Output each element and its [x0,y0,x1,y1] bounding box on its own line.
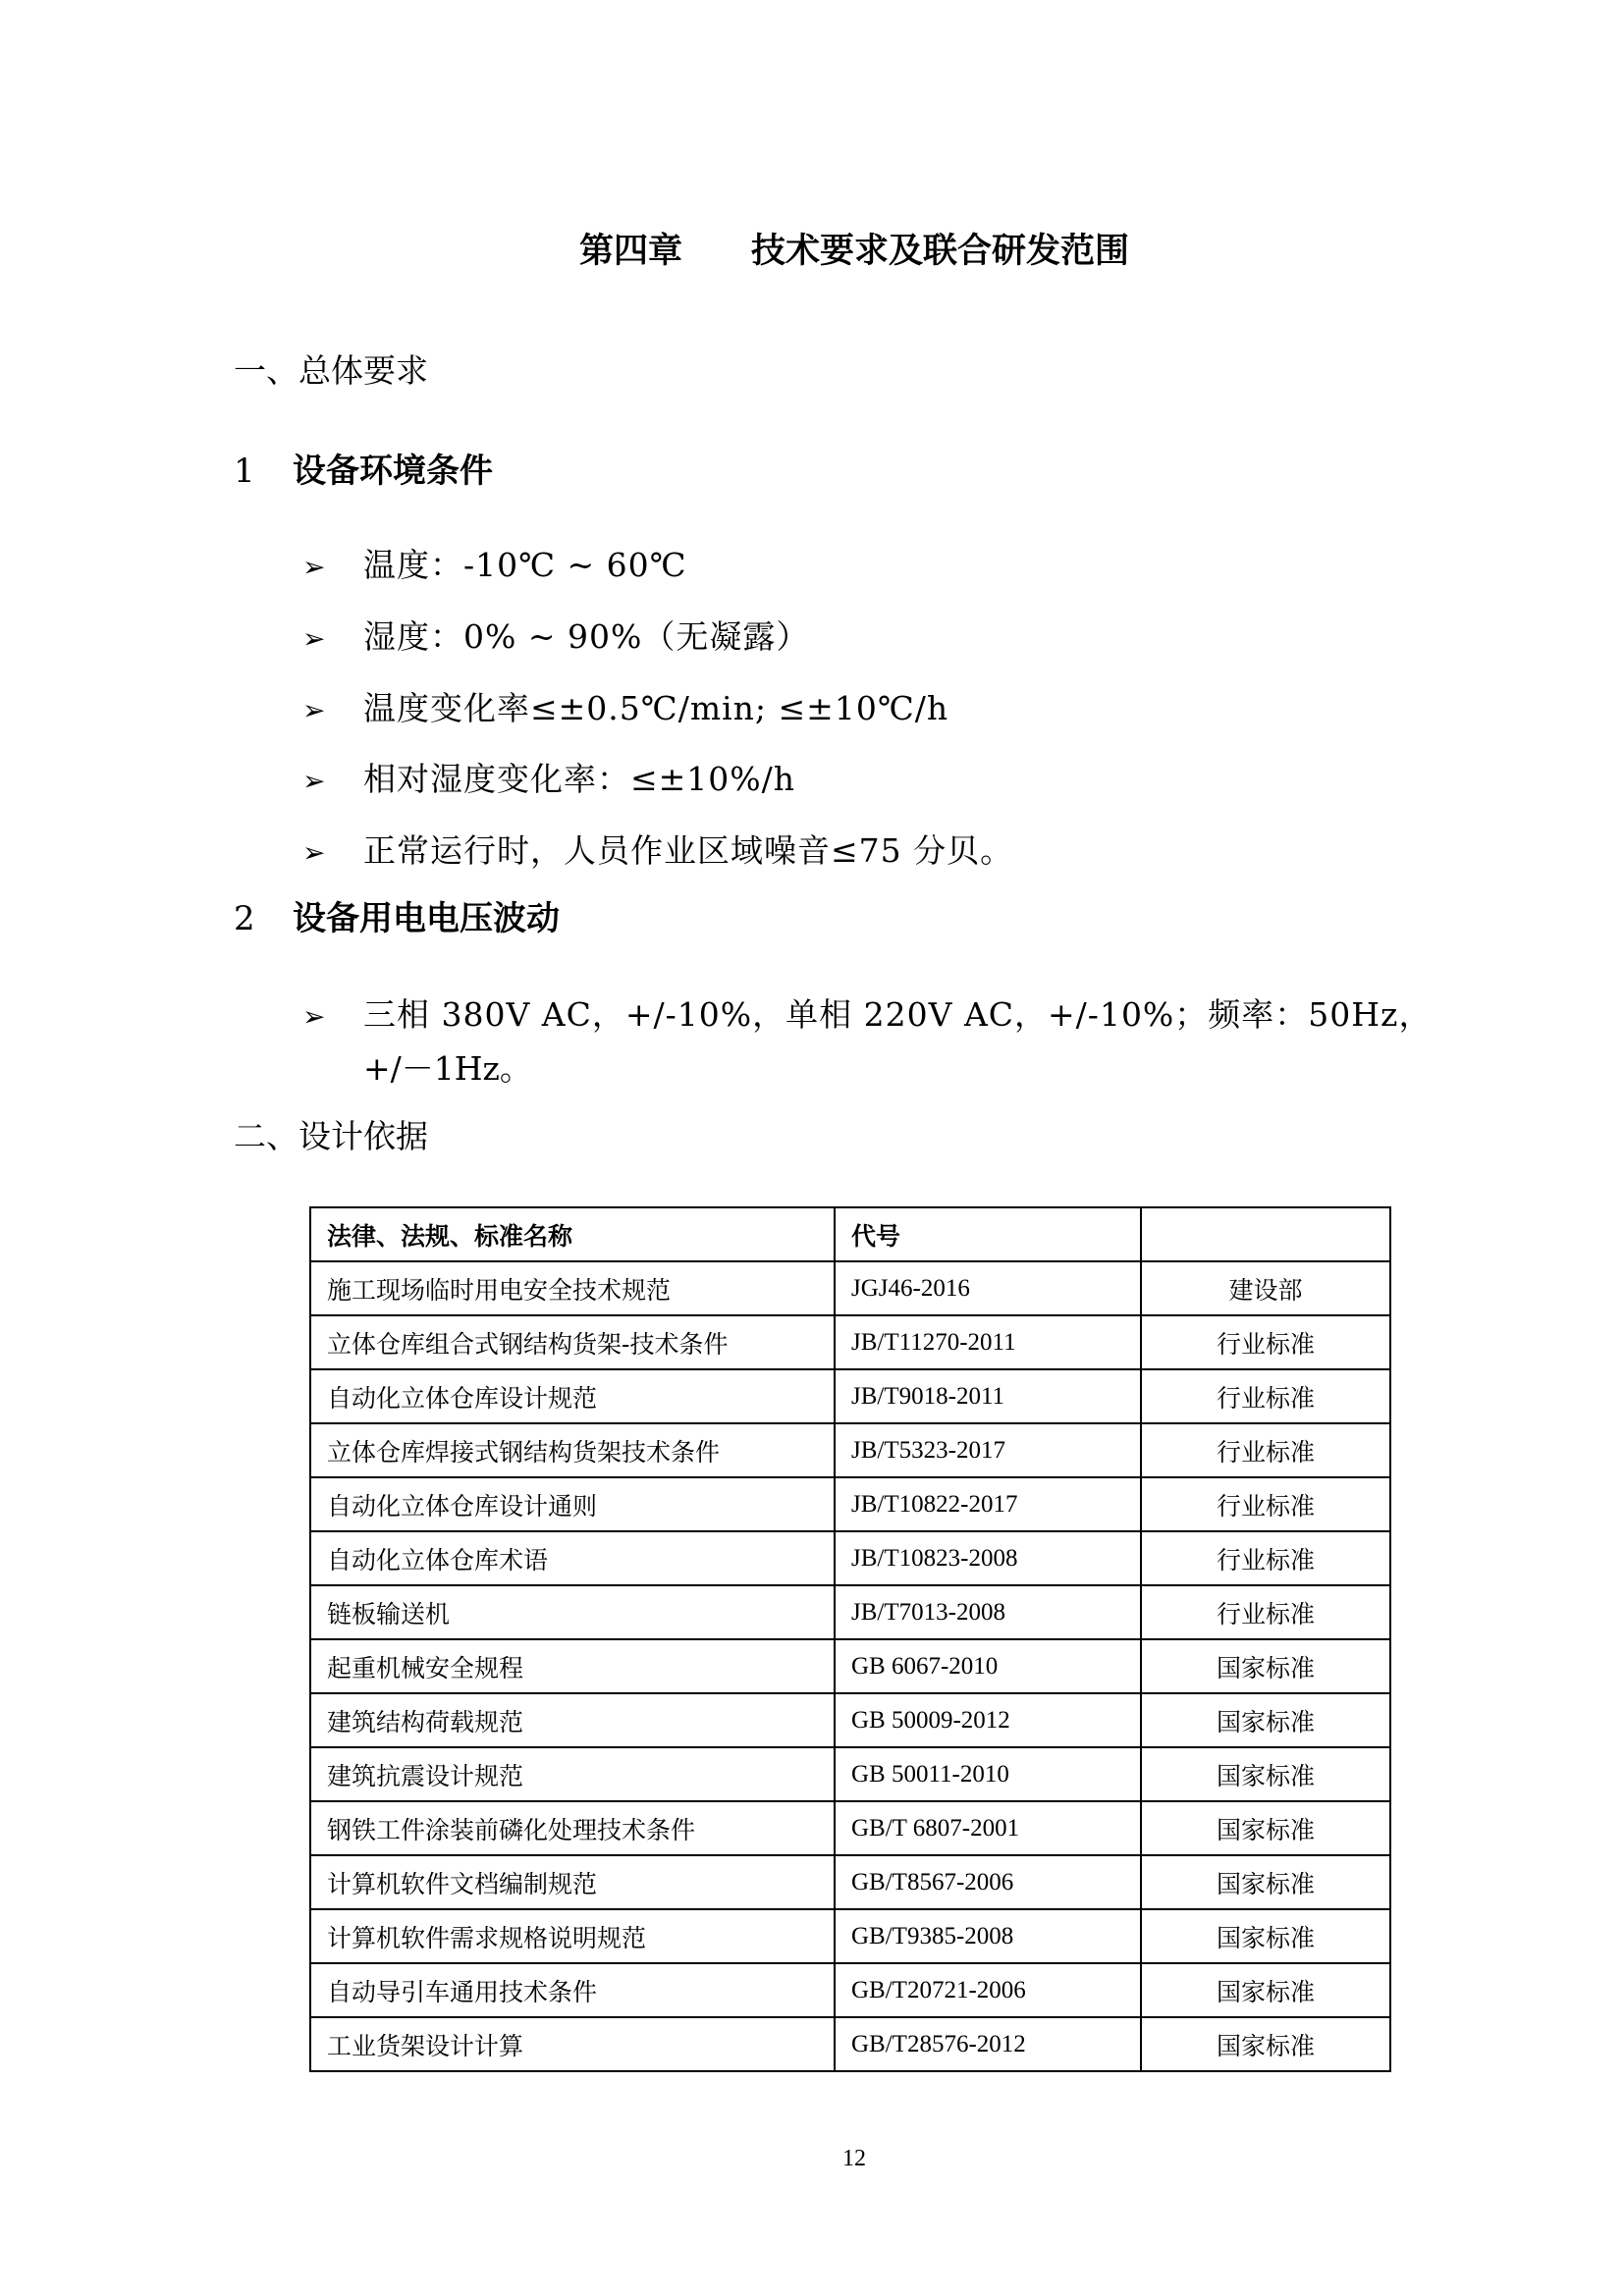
cell-name: 链板输送机 [310,1585,835,1639]
cell-code: GB/T20721-2006 [835,1963,1141,2017]
cell-code: JGJ46-2016 [835,1261,1141,1315]
table-row: 工业货架设计计算GB/T28576-2012国家标准 [310,2017,1390,2071]
cell-category: 行业标准 [1141,1585,1390,1639]
env-item: ➢温度：-10℃ ~ 60℃ [302,540,687,586]
table-row: 建筑抗震设计规范GB 50011-2010国家标准 [310,1747,1390,1801]
cell-name: 起重机械安全规程 [310,1639,835,1693]
cell-category: 行业标准 [1141,1423,1390,1477]
power-item: ➢三相 380V AC，+/-10%，单相 220V AC，+/-10%；频率：… [302,989,1432,1036]
cell-category: 行业标准 [1141,1477,1390,1531]
env-item: ➢湿度：0% ~ 90%（无凝露） [302,612,809,658]
cell-category: 国家标准 [1141,1747,1390,1801]
subheading-label: 设备环境条件 [293,452,493,491]
cell-name: 建筑结构荷载规范 [310,1693,835,1747]
table-row: 立体仓库组合式钢结构货架-技术条件JB/T11270-2011行业标准 [310,1315,1390,1369]
cell-code: JB/T10823-2008 [835,1531,1141,1585]
cell-category: 国家标准 [1141,1639,1390,1693]
subheading-label: 设备用电电压波动 [293,899,560,938]
table-header-row: 法律、法规、标准名称 代号 [310,1207,1390,1261]
cell-category: 国家标准 [1141,1963,1390,2017]
table-row: 计算机软件需求规格说明规范GB/T9385-2008国家标准 [310,1909,1390,1963]
env-item: ➢温度变化率≤±0.5℃/min; ≤±10℃/h [302,683,948,729]
bullet-arrow-icon: ➢ [302,1000,363,1033]
cell-code: GB/T28576-2012 [835,2017,1141,2071]
table-row: 链板输送机JB/T7013-2008行业标准 [310,1585,1390,1639]
cell-code: GB/T 6807-2001 [835,1801,1141,1855]
cell-category: 行业标准 [1141,1531,1390,1585]
cell-category: 国家标准 [1141,1801,1390,1855]
cell-name: 工业货架设计计算 [310,2017,835,2071]
cell-name: 立体仓库焊接式钢结构货架技术条件 [310,1423,835,1477]
subheading-power: 2设备用电电压波动 [234,891,560,939]
bullet-arrow-icon: ➢ [302,836,363,869]
cell-name: 自动化立体仓库术语 [310,1531,835,1585]
cell-category: 建设部 [1141,1261,1390,1315]
cell-category: 行业标准 [1141,1369,1390,1423]
standards-table: 法律、法规、标准名称 代号 施工现场临时用电安全技术规范JGJ46-2016建设… [309,1206,1391,2072]
cell-category: 国家标准 [1141,1909,1390,1963]
chapter-number: 第四章 [579,231,682,271]
cell-code: GB 50011-2010 [835,1747,1141,1801]
table-row: 立体仓库焊接式钢结构货架技术条件JB/T5323-2017行业标准 [310,1423,1390,1477]
header-code: 代号 [835,1207,1141,1261]
cell-category: 国家标准 [1141,1855,1390,1909]
env-item: ➢相对湿度变化率：≤±10%/h [302,754,795,800]
cell-code: JB/T7013-2008 [835,1585,1141,1639]
cell-category: 国家标准 [1141,2017,1390,2071]
cell-code: GB 6067-2010 [835,1639,1141,1693]
table-row: 自动化立体仓库设计通则JB/T10822-2017行业标准 [310,1477,1390,1531]
table-row: 起重机械安全规程GB 6067-2010国家标准 [310,1639,1390,1693]
cell-category: 行业标准 [1141,1315,1390,1369]
cell-code: GB/T9385-2008 [835,1909,1141,1963]
table-row: 自动化立体仓库术语JB/T10823-2008行业标准 [310,1531,1390,1585]
subheading-number: 2 [234,899,293,938]
cell-name: 计算机软件需求规格说明规范 [310,1909,835,1963]
cell-name: 钢铁工件涂装前磷化处理技术条件 [310,1801,835,1855]
table-row: 自动导引车通用技术条件GB/T20721-2006国家标准 [310,1963,1390,2017]
chapter-title: 第四章技术要求及联合研发范围 [0,224,1624,273]
bullet-arrow-icon: ➢ [302,765,363,797]
subheading-number: 1 [234,452,293,491]
table-row: 钢铁工件涂装前磷化处理技术条件GB/T 6807-2001国家标准 [310,1801,1390,1855]
page-number: 12 [0,2146,1624,2172]
cell-name: 自动化立体仓库设计规范 [310,1369,835,1423]
table-row: 计算机软件文档编制规范GB/T8567-2006国家标准 [310,1855,1390,1909]
cell-code: JB/T5323-2017 [835,1423,1141,1477]
cell-code: JB/T9018-2011 [835,1369,1141,1423]
section-heading-design-basis: 二、设计依据 [234,1111,428,1157]
chapter-name: 技术要求及联合研发范围 [751,231,1129,271]
cell-name: 自动化立体仓库设计通则 [310,1477,835,1531]
header-category [1141,1207,1390,1261]
table-row: 建筑结构荷载规范GB 50009-2012国家标准 [310,1693,1390,1747]
env-item: ➢正常运行时，人员作业区域噪音≤75 分贝。 [302,826,1013,872]
cell-code: JB/T11270-2011 [835,1315,1141,1369]
cell-name: 建筑抗震设计规范 [310,1747,835,1801]
cell-name: 自动导引车通用技术条件 [310,1963,835,2017]
bullet-arrow-icon: ➢ [302,694,363,726]
cell-code: JB/T10822-2017 [835,1477,1141,1531]
bullet-arrow-icon: ➢ [302,551,363,583]
cell-name: 施工现场临时用电安全技术规范 [310,1261,835,1315]
section-heading-general: 一、总体要求 [234,346,428,392]
cell-code: GB/T8567-2006 [835,1855,1141,1909]
cell-name: 立体仓库组合式钢结构货架-技术条件 [310,1315,835,1369]
table-row: 施工现场临时用电安全技术规范JGJ46-2016建设部 [310,1261,1390,1315]
cell-category: 国家标准 [1141,1693,1390,1747]
cell-name: 计算机软件文档编制规范 [310,1855,835,1909]
power-item-continuation: +/－1Hz。 [363,1043,532,1090]
cell-code: GB 50009-2012 [835,1693,1141,1747]
subheading-environment: 1设备环境条件 [234,444,493,492]
bullet-arrow-icon: ➢ [302,622,363,655]
table-row: 自动化立体仓库设计规范JB/T9018-2011行业标准 [310,1369,1390,1423]
header-name: 法律、法规、标准名称 [310,1207,835,1261]
